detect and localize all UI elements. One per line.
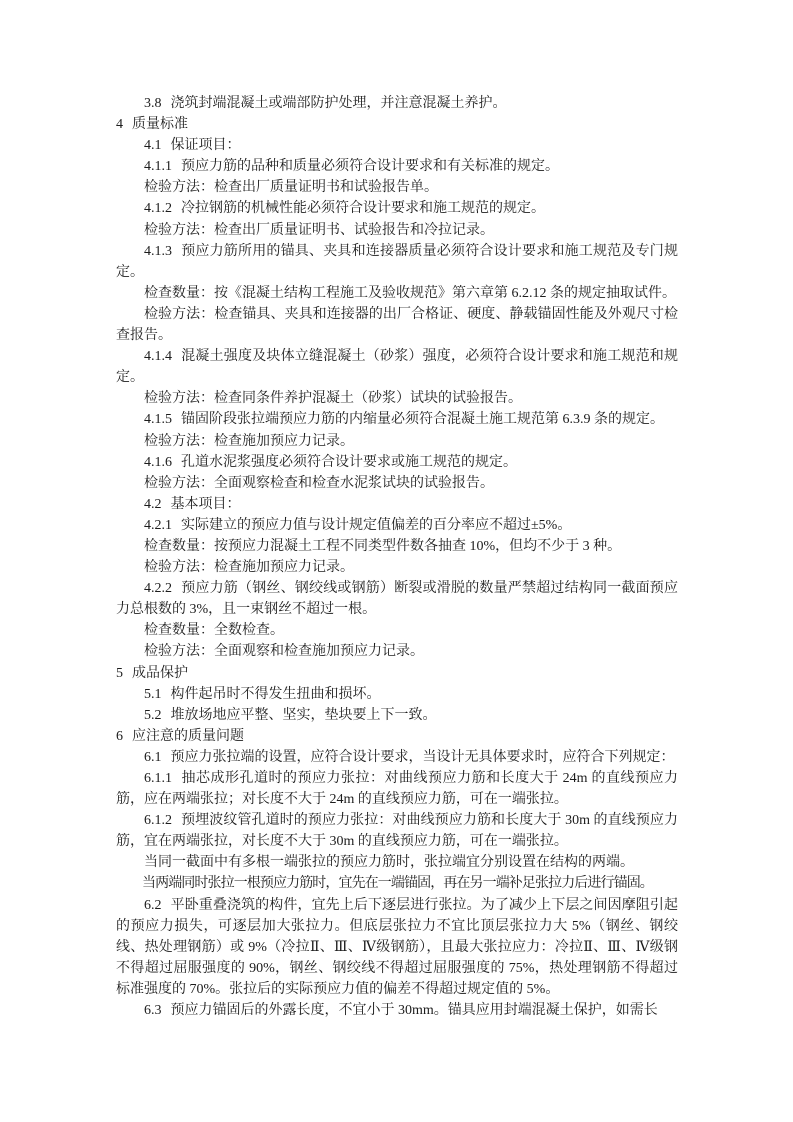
paragraph: 4.1.1预应力筋的品种和质量必须符合设计要求和有关标准的规定。 (116, 156, 678, 177)
paragraph-text: 预埋波纹管孔道时的预应力张拉：对曲线预应力筋和长度大于 30m 的直线预应力筋，… (116, 813, 678, 849)
item-number: 5 (116, 666, 123, 681)
paragraph-text: 质量标准 (132, 117, 188, 132)
paragraph: 4.1.2冷拉钢筋的机械性能必须符合设计要求和施工规范的规定。 (116, 198, 678, 219)
paragraph: 检验方法：检查出厂质量证明书和试验报告单。 (116, 177, 678, 198)
item-number: 4.1 (144, 138, 162, 153)
paragraph-text: 预应力锚固后的外露长度，不宜小于 30mm。锚具应用封端混凝土保护，如需长 (171, 1003, 658, 1018)
item-number: 4.1.3 (144, 244, 172, 259)
paragraph-text: 浇筑封端混凝土或端部防护处理，并注意混凝土养护。 (171, 96, 507, 111)
paragraph: 6.1.1抽芯成形孔道时的预应力张拉：对曲线预应力筋和长度大于 24m 的直线预… (116, 768, 678, 810)
item-number: 4.1.5 (144, 412, 172, 427)
item-number: 4.1.2 (144, 201, 172, 216)
paragraph: 6.1.2预埋波纹管孔道时的预应力张拉：对曲线预应力筋和长度大于 30m 的直线… (116, 810, 678, 852)
paragraph: 检验方法：检查锚具、夹具和连接器的出厂合格证、硬度、静载锚固性能及外观尺寸检查报… (116, 304, 678, 346)
paragraph: 3.8浇筑封端混凝土或端部防护处理，并注意混凝土养护。 (116, 93, 678, 114)
paragraph-text: 构件起吊时不得发生扭曲和损坏。 (171, 687, 381, 702)
item-number: 6.1 (144, 750, 162, 765)
paragraph: 检验方法：全面观察检查和检查水泥浆试块的试验报告。 (116, 473, 678, 494)
paragraph-text: 抽芯成形孔道时的预应力张拉：对曲线预应力筋和长度大于 24m 的直线预应力筋，应… (116, 771, 678, 807)
item-number: 4.2 (144, 497, 162, 512)
section-heading: 5成品保护 (116, 663, 678, 684)
paragraph-text: 应注意的质量问题 (132, 729, 244, 744)
paragraph-text: 堆放场地应平整、坚实，垫块要上下一致。 (171, 708, 437, 723)
paragraph: 4.1.3预应力筋所用的锚具、夹具和连接器质量必须符合设计要求和施工规范及专门规… (116, 241, 678, 283)
paragraph-text: 实际建立的预应力值与设计规定值偏差的百分率应不超过±5%。 (181, 518, 571, 533)
paragraph-text: 成品保护 (132, 666, 188, 681)
paragraph: 4.1.4混凝土强度及块体立缝混凝土（砂浆）强度，必须符合设计要求和施工规范和规… (116, 346, 678, 388)
paragraph: 5.2堆放场地应平整、坚实，垫块要上下一致。 (116, 705, 678, 726)
paragraph-text: 预应力筋的品种和质量必须符合设计要求和有关标准的规定。 (181, 159, 559, 174)
item-number: 4.1.4 (144, 349, 172, 364)
paragraph-text: 当同一截面中有多根一端张拉的预应力筋时，张拉端宜分别设置在结构的两端。 (144, 855, 634, 870)
paragraph: 4.2.2预应力筋（钢丝、钢绞线或钢筋）断裂或滑脱的数量严禁超过结构同一截面预应… (116, 578, 678, 620)
paragraph-text: 保证项目： (171, 138, 241, 153)
item-number: 4 (116, 117, 123, 132)
paragraph-text: 平卧重叠浇筑的构件，宜先上后下逐层进行张拉。为了减少上下层之间因摩阻引起的预应力… (116, 898, 678, 997)
paragraph-text: 检查数量：全数检查。 (144, 623, 284, 638)
section-heading: 6应注意的质量问题 (116, 726, 678, 747)
document-content: 3.8浇筑封端混凝土或端部防护处理，并注意混凝土养护。4质量标准4.1保证项目：… (116, 93, 678, 1021)
paragraph: 检验方法：检查同条件养护混凝土（砂浆）试块的试验报告。 (116, 388, 678, 409)
paragraph: 5.1构件起吊时不得发生扭曲和损坏。 (116, 684, 678, 705)
item-number: 6.2 (144, 898, 162, 913)
paragraph: 6.3预应力锚固后的外露长度，不宜小于 30mm。锚具应用封端混凝土保护，如需长 (116, 1000, 678, 1021)
paragraph: 4.1保证项目： (116, 135, 678, 156)
section-heading: 4质量标准 (116, 114, 678, 135)
paragraph-text: 预应力张拉端的设置，应符合设计要求，当设计无具体要求时，应符合下列规定： (171, 750, 675, 765)
paragraph: 当两端同时张拉一根预应力筋时，宜先在一端锚固，再在另一端补足张拉力后进行锚固。 (116, 873, 678, 894)
paragraph-text: 锚固阶段张拉端预应力筋的内缩量必须符合混凝土施工规范第 6.3.9 条的规定。 (181, 412, 664, 427)
paragraph: 4.2基本项目： (116, 494, 678, 515)
paragraph: 检验方法：全面观察和检查施加预应力记录。 (116, 641, 678, 662)
item-number: 4.1.1 (144, 159, 172, 174)
item-number: 6 (116, 729, 123, 744)
item-number: 3.8 (144, 96, 162, 111)
paragraph-text: 混凝土强度及块体立缝混凝土（砂浆）强度，必须符合设计要求和施工规范和规定。 (116, 349, 678, 385)
paragraph: 检验方法：检查施加预应力记录。 (116, 557, 678, 578)
item-number: 6.1.2 (144, 813, 172, 828)
paragraph-text: 检验方法：检查施加预应力记录。 (144, 434, 354, 449)
paragraph-text: 孔道水泥浆强度必须符合设计要求或施工规范的规定。 (181, 455, 517, 470)
paragraph-text: 检验方法：检查出厂质量证明书、试验报告和冷拉记录。 (144, 223, 494, 238)
item-number: 4.2.1 (144, 518, 172, 533)
paragraph-text: 当两端同时张拉一根预应力筋时，宜先在一端锚固，再在另一端补足张拉力后进行锚固。 (142, 876, 653, 891)
paragraph-text: 检验方法：检查锚具、夹具和连接器的出厂合格证、硬度、静载锚固性能及外观尺寸检查报… (116, 307, 678, 343)
paragraph-text: 检查数量：按《混凝土结构工程施工及验收规范》第六章第 6.2.12 条的规定抽取… (144, 286, 676, 301)
item-number: 5.2 (144, 708, 162, 723)
paragraph-text: 基本项目： (171, 497, 241, 512)
paragraph-text: 预应力筋（钢丝、钢绞线或钢筋）断裂或滑脱的数量严禁超过结构同一截面预应力总根数的… (116, 581, 678, 617)
paragraph: 检查数量：按《混凝土结构工程施工及验收规范》第六章第 6.2.12 条的规定抽取… (116, 283, 678, 304)
paragraph-text: 检验方法：检查出厂质量证明书和试验报告单。 (144, 180, 438, 195)
item-number: 4.2.2 (144, 581, 172, 596)
paragraph-text: 检验方法：全面观察和检查施加预应力记录。 (144, 644, 424, 659)
paragraph-text: 检验方法：检查施加预应力记录。 (144, 560, 354, 575)
paragraph-text: 检验方法：全面观察检查和检查水泥浆试块的试验报告。 (144, 476, 494, 491)
paragraph-text: 检查数量：按预应力混凝土工程不同类型件数各抽查 10%，但均不少于 3 种。 (144, 539, 621, 554)
paragraph: 检查数量：全数检查。 (116, 620, 678, 641)
document-page: 3.8浇筑封端混凝土或端部防护处理，并注意混凝土养护。4质量标准4.1保证项目：… (0, 0, 793, 1122)
paragraph: 检查数量：按预应力混凝土工程不同类型件数各抽查 10%，但均不少于 3 种。 (116, 536, 678, 557)
paragraph: 4.1.6孔道水泥浆强度必须符合设计要求或施工规范的规定。 (116, 452, 678, 473)
paragraph: 4.2.1实际建立的预应力值与设计规定值偏差的百分率应不超过±5%。 (116, 515, 678, 536)
paragraph: 6.1预应力张拉端的设置，应符合设计要求，当设计无具体要求时，应符合下列规定： (116, 747, 678, 768)
item-number: 6.1.1 (144, 771, 172, 786)
paragraph-text: 冷拉钢筋的机械性能必须符合设计要求和施工规范的规定。 (181, 201, 545, 216)
paragraph: 当同一截面中有多根一端张拉的预应力筋时，张拉端宜分别设置在结构的两端。 (116, 852, 678, 873)
item-number: 6.3 (144, 1003, 162, 1018)
paragraph-text: 检验方法：检查同条件养护混凝土（砂浆）试块的试验报告。 (144, 391, 522, 406)
paragraph: 检验方法：检查出厂质量证明书、试验报告和冷拉记录。 (116, 220, 678, 241)
paragraph-text: 预应力筋所用的锚具、夹具和连接器质量必须符合设计要求和施工规范及专门规定。 (116, 244, 678, 280)
paragraph: 6.2平卧重叠浇筑的构件，宜先上后下逐层进行张拉。为了减少上下层之间因摩阻引起的… (116, 895, 678, 1000)
item-number: 4.1.6 (144, 455, 172, 470)
item-number: 5.1 (144, 687, 162, 702)
paragraph: 检验方法：检查施加预应力记录。 (116, 431, 678, 452)
paragraph: 4.1.5锚固阶段张拉端预应力筋的内缩量必须符合混凝土施工规范第 6.3.9 条… (116, 409, 678, 430)
